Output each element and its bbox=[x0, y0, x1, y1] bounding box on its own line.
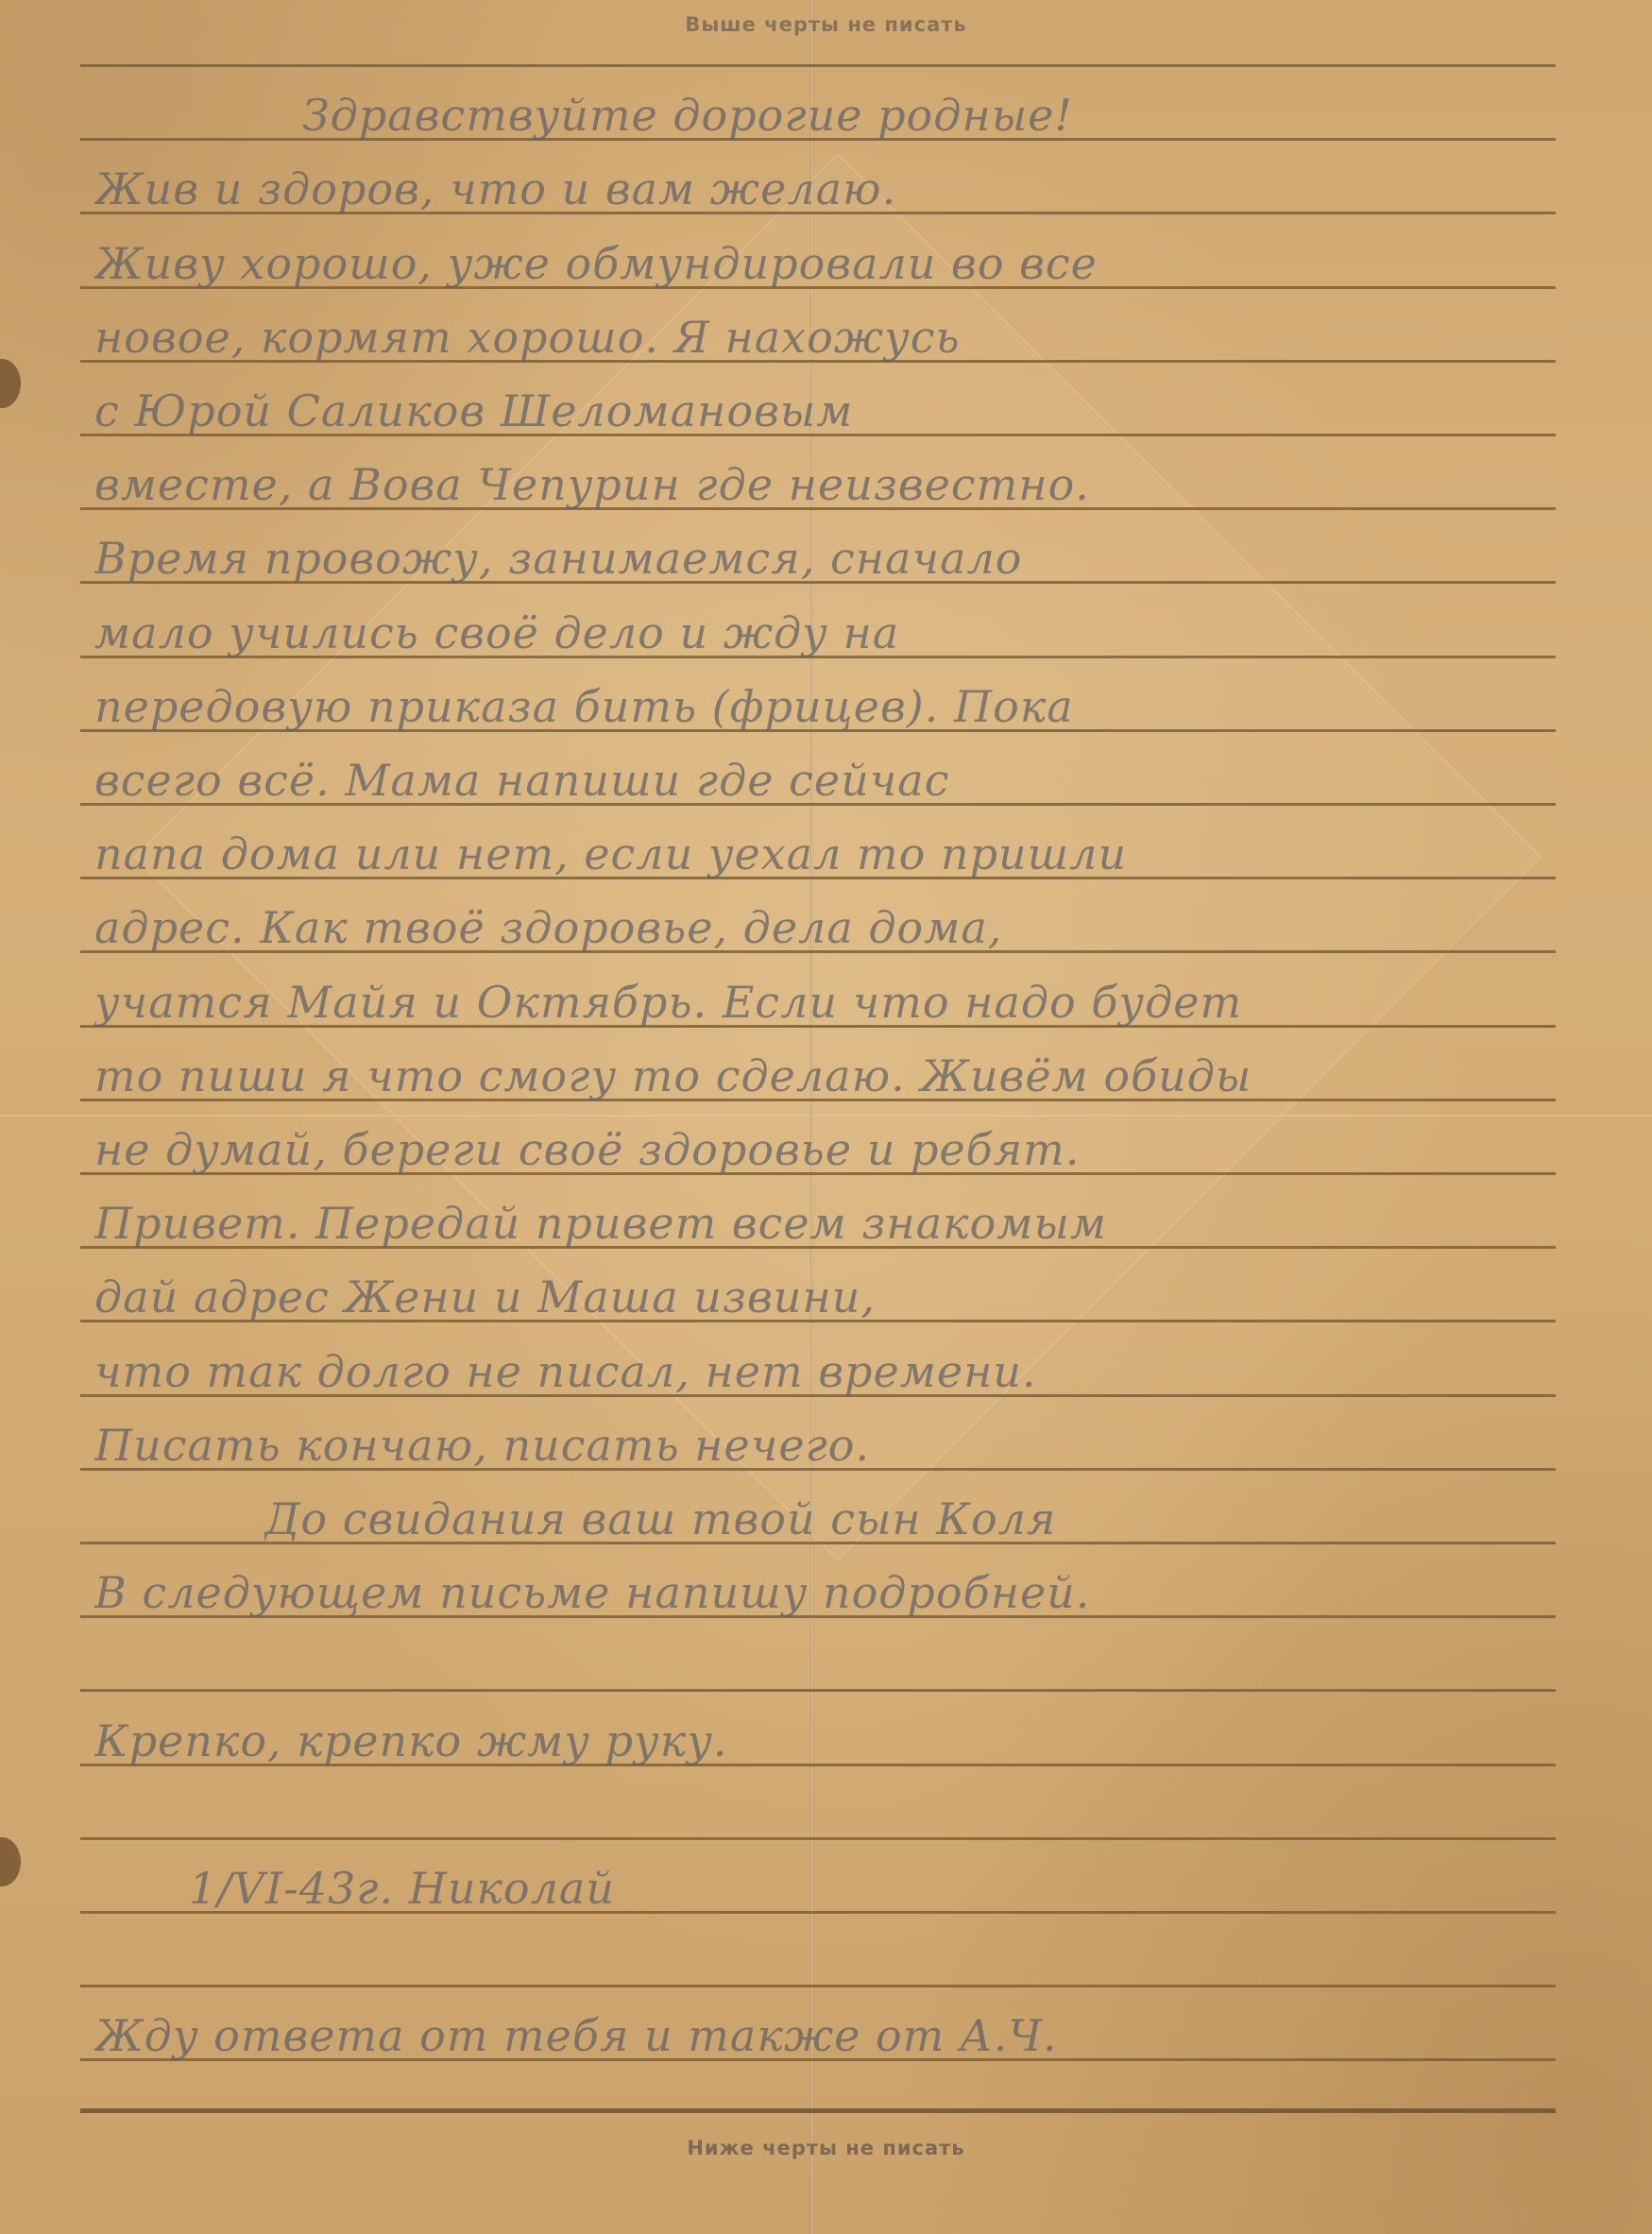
handwritten-line: передовую приказа бить (фрицев). Пока bbox=[94, 682, 1549, 731]
handwritten-line: До свидания ваш твой сын Коля bbox=[264, 1494, 1652, 1543]
handwritten-line: адрес. Как твоё здоровье, дела дома, bbox=[94, 903, 1549, 952]
handwritten-line: не думай, береги своё здоровье и ребят. bbox=[94, 1125, 1549, 1174]
handwritten-line: мало учились своё дело и жду на bbox=[94, 608, 1549, 657]
handwritten-line: папа дома или нет, если уехал то пришли bbox=[94, 829, 1549, 878]
handwritten-line: Жив и здоров, что и вам желаю. bbox=[94, 164, 1549, 213]
handwritten-line: Здравствуйте дорогие родные! bbox=[302, 91, 1652, 140]
handwritten-line: В следующем письме напишу подробней. bbox=[94, 1568, 1549, 1617]
handwritten-line: Жду ответа от тебя и также от А.Ч. bbox=[94, 2011, 1549, 2060]
handwritten-line: Крепко, крепко жму руку. bbox=[94, 1716, 1549, 1765]
handwritten-line: вместе, а Вова Чепурин где неизвестно. bbox=[94, 460, 1549, 509]
ruled-line-top bbox=[80, 64, 1556, 67]
handwritten-line: Время провожу, занимаемся, сначало bbox=[94, 534, 1549, 583]
ruled-line-bottom bbox=[80, 2108, 1556, 2113]
handwritten-line: новое, кормят хорошо. Я нахожусь bbox=[94, 313, 1549, 362]
ruled-line bbox=[80, 1985, 1556, 1987]
ruled-line bbox=[80, 1837, 1556, 1840]
punch-hole-bottom bbox=[0, 1837, 21, 1886]
horizontal-fold bbox=[0, 1115, 1652, 1117]
handwritten-line: что так долго не писал, нет времени. bbox=[94, 1347, 1549, 1396]
handwritten-line: 1/VI-43г. Николай bbox=[189, 1864, 1643, 1913]
handwritten-line: с Юрой Саликов Шеломановым bbox=[94, 386, 1549, 435]
handwritten-line: Писать кончаю, писать нечего. bbox=[94, 1421, 1549, 1470]
letter-sheet: Выше черты не писать Здравствуйте дороги… bbox=[0, 0, 1652, 2234]
handwritten-line: всего всё. Мама напиши где сейчас bbox=[94, 756, 1549, 805]
handwritten-line: Привет. Передай привет всем знакомым bbox=[94, 1199, 1549, 1248]
punch-hole-top bbox=[0, 359, 21, 408]
ruled-line bbox=[80, 1689, 1556, 1692]
handwritten-line: учатся Майя и Октябрь. Если что надо буд… bbox=[94, 978, 1549, 1027]
handwritten-line: дай адрес Жени и Маша извини, bbox=[94, 1272, 1549, 1322]
top-notice: Выше черты не писать bbox=[0, 13, 1652, 36]
bottom-notice: Ниже черты не писать bbox=[0, 2137, 1652, 2159]
handwritten-line: Живу хорошо, уже обмундировали во все bbox=[94, 239, 1549, 288]
handwritten-line: то пиши я что смогу то сделаю. Живём оби… bbox=[94, 1051, 1549, 1100]
